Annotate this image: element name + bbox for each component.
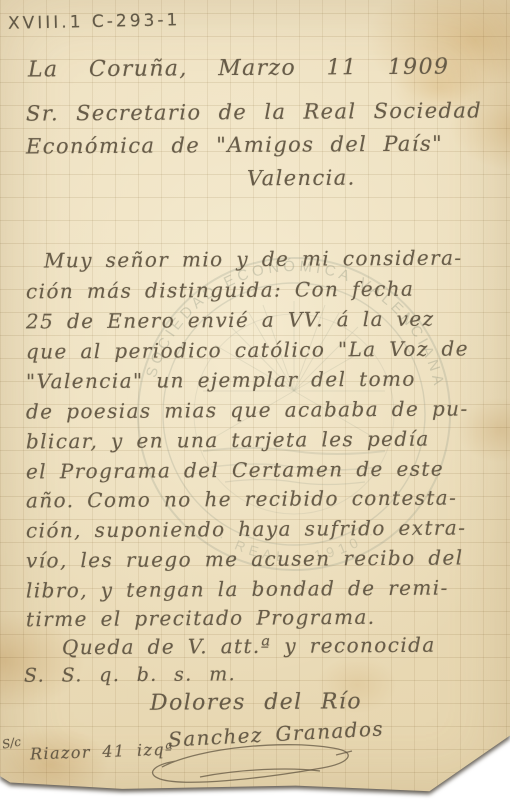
body-line: ción, suponiendo haya sufrido extra- — [26, 515, 466, 542]
body-line: libro, y tengan la bondad de remi- — [26, 576, 449, 603]
body-line: ción más distinguida: Con fecha — [26, 277, 414, 304]
recipient-line: Sr. Secretario de la Real Sociedad — [26, 98, 482, 125]
body-line: "Valencia" un ejemplar del tomo — [26, 367, 416, 394]
paper-shadow: SOCIEDAD ECONÓMICA VALENCIANA · REAL · 1… — [0, 0, 510, 800]
body-line: 25 de Enero envié a VV. á la vez — [26, 307, 435, 334]
signature-name: Dolores del Río — [150, 689, 362, 715]
archival-note: XVIII.1 C-293-1 — [8, 10, 181, 34]
body-line: año. Como no he recibido contesta- — [26, 485, 457, 512]
closing-line: S. S. q. b. s. m. — [24, 663, 236, 686]
recipient-line: Económica de "Amigos del País" — [26, 132, 443, 159]
recipient-city: Valencia. — [247, 166, 356, 191]
body-line: vío, les ruego me acusen recibo del — [26, 545, 464, 572]
body-line: Muy señor mio y de mi considera- — [44, 246, 463, 273]
body-line: blicar, y en una tarjeta les pedía — [26, 427, 430, 454]
body-line: de poesias mias que acababa de pu- — [26, 396, 469, 423]
body-line: el Programa del Certamen de este — [26, 457, 444, 484]
dateline: La Coruña, Marzo 11 1909 — [28, 55, 449, 83]
body-line: tirme el precitado Programa. — [26, 605, 376, 631]
body-line: que al periodico católico "La Voz de — [26, 336, 469, 363]
scanned-letter: SOCIEDAD ECONÓMICA VALENCIANA · REAL · 1… — [0, 0, 510, 800]
closing-line: Queda de V. att.ª y reconocida — [62, 633, 436, 660]
signature-flourish — [140, 733, 370, 793]
letter-paper: SOCIEDAD ECONÓMICA VALENCIANA · REAL · 1… — [0, 0, 510, 796]
